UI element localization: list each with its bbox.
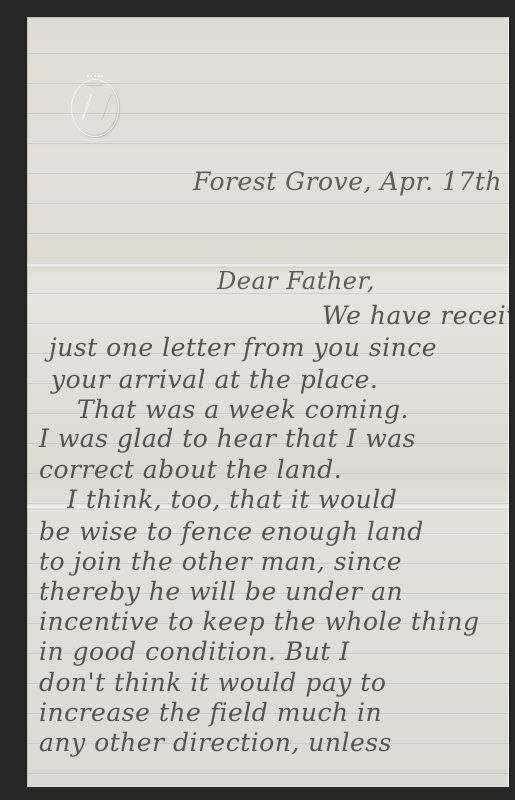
body-line: I was glad to hear that I was (39, 426, 416, 451)
body-line: thereby he will be under an (39, 579, 403, 604)
body-line: in good condition. But I (39, 639, 350, 664)
letter-page: Forest Grove, Apr. 17th '82 Dear Father,… (27, 17, 509, 787)
body-line: I think, too, that it would (67, 487, 397, 512)
embossed-seal-icon (71, 79, 119, 137)
body-line: That was a week coming. (77, 397, 409, 422)
monogram-icon (81, 94, 111, 120)
body-line: incentive to keep the whole thing (39, 609, 480, 634)
scan-background: Forest Grove, Apr. 17th '82 Dear Father,… (0, 0, 515, 800)
body-line: We have received (322, 303, 509, 328)
body-line: just one letter from you since (49, 335, 437, 360)
body-line: be wise to fence enough land (39, 519, 424, 544)
body-line: to join the other man, since (39, 549, 402, 574)
body-line: your arrival at the place. (51, 367, 378, 392)
body-line: correct about the land. (39, 457, 342, 482)
body-line: don't think it would pay to (39, 670, 386, 695)
dateline: Forest Grove, Apr. 17th '82 (193, 169, 509, 194)
salutation: Dear Father, (217, 269, 375, 293)
body-line: any other direction, unless (39, 730, 392, 755)
crown-icon (87, 75, 103, 86)
body-line: increase the field much in (39, 700, 382, 725)
